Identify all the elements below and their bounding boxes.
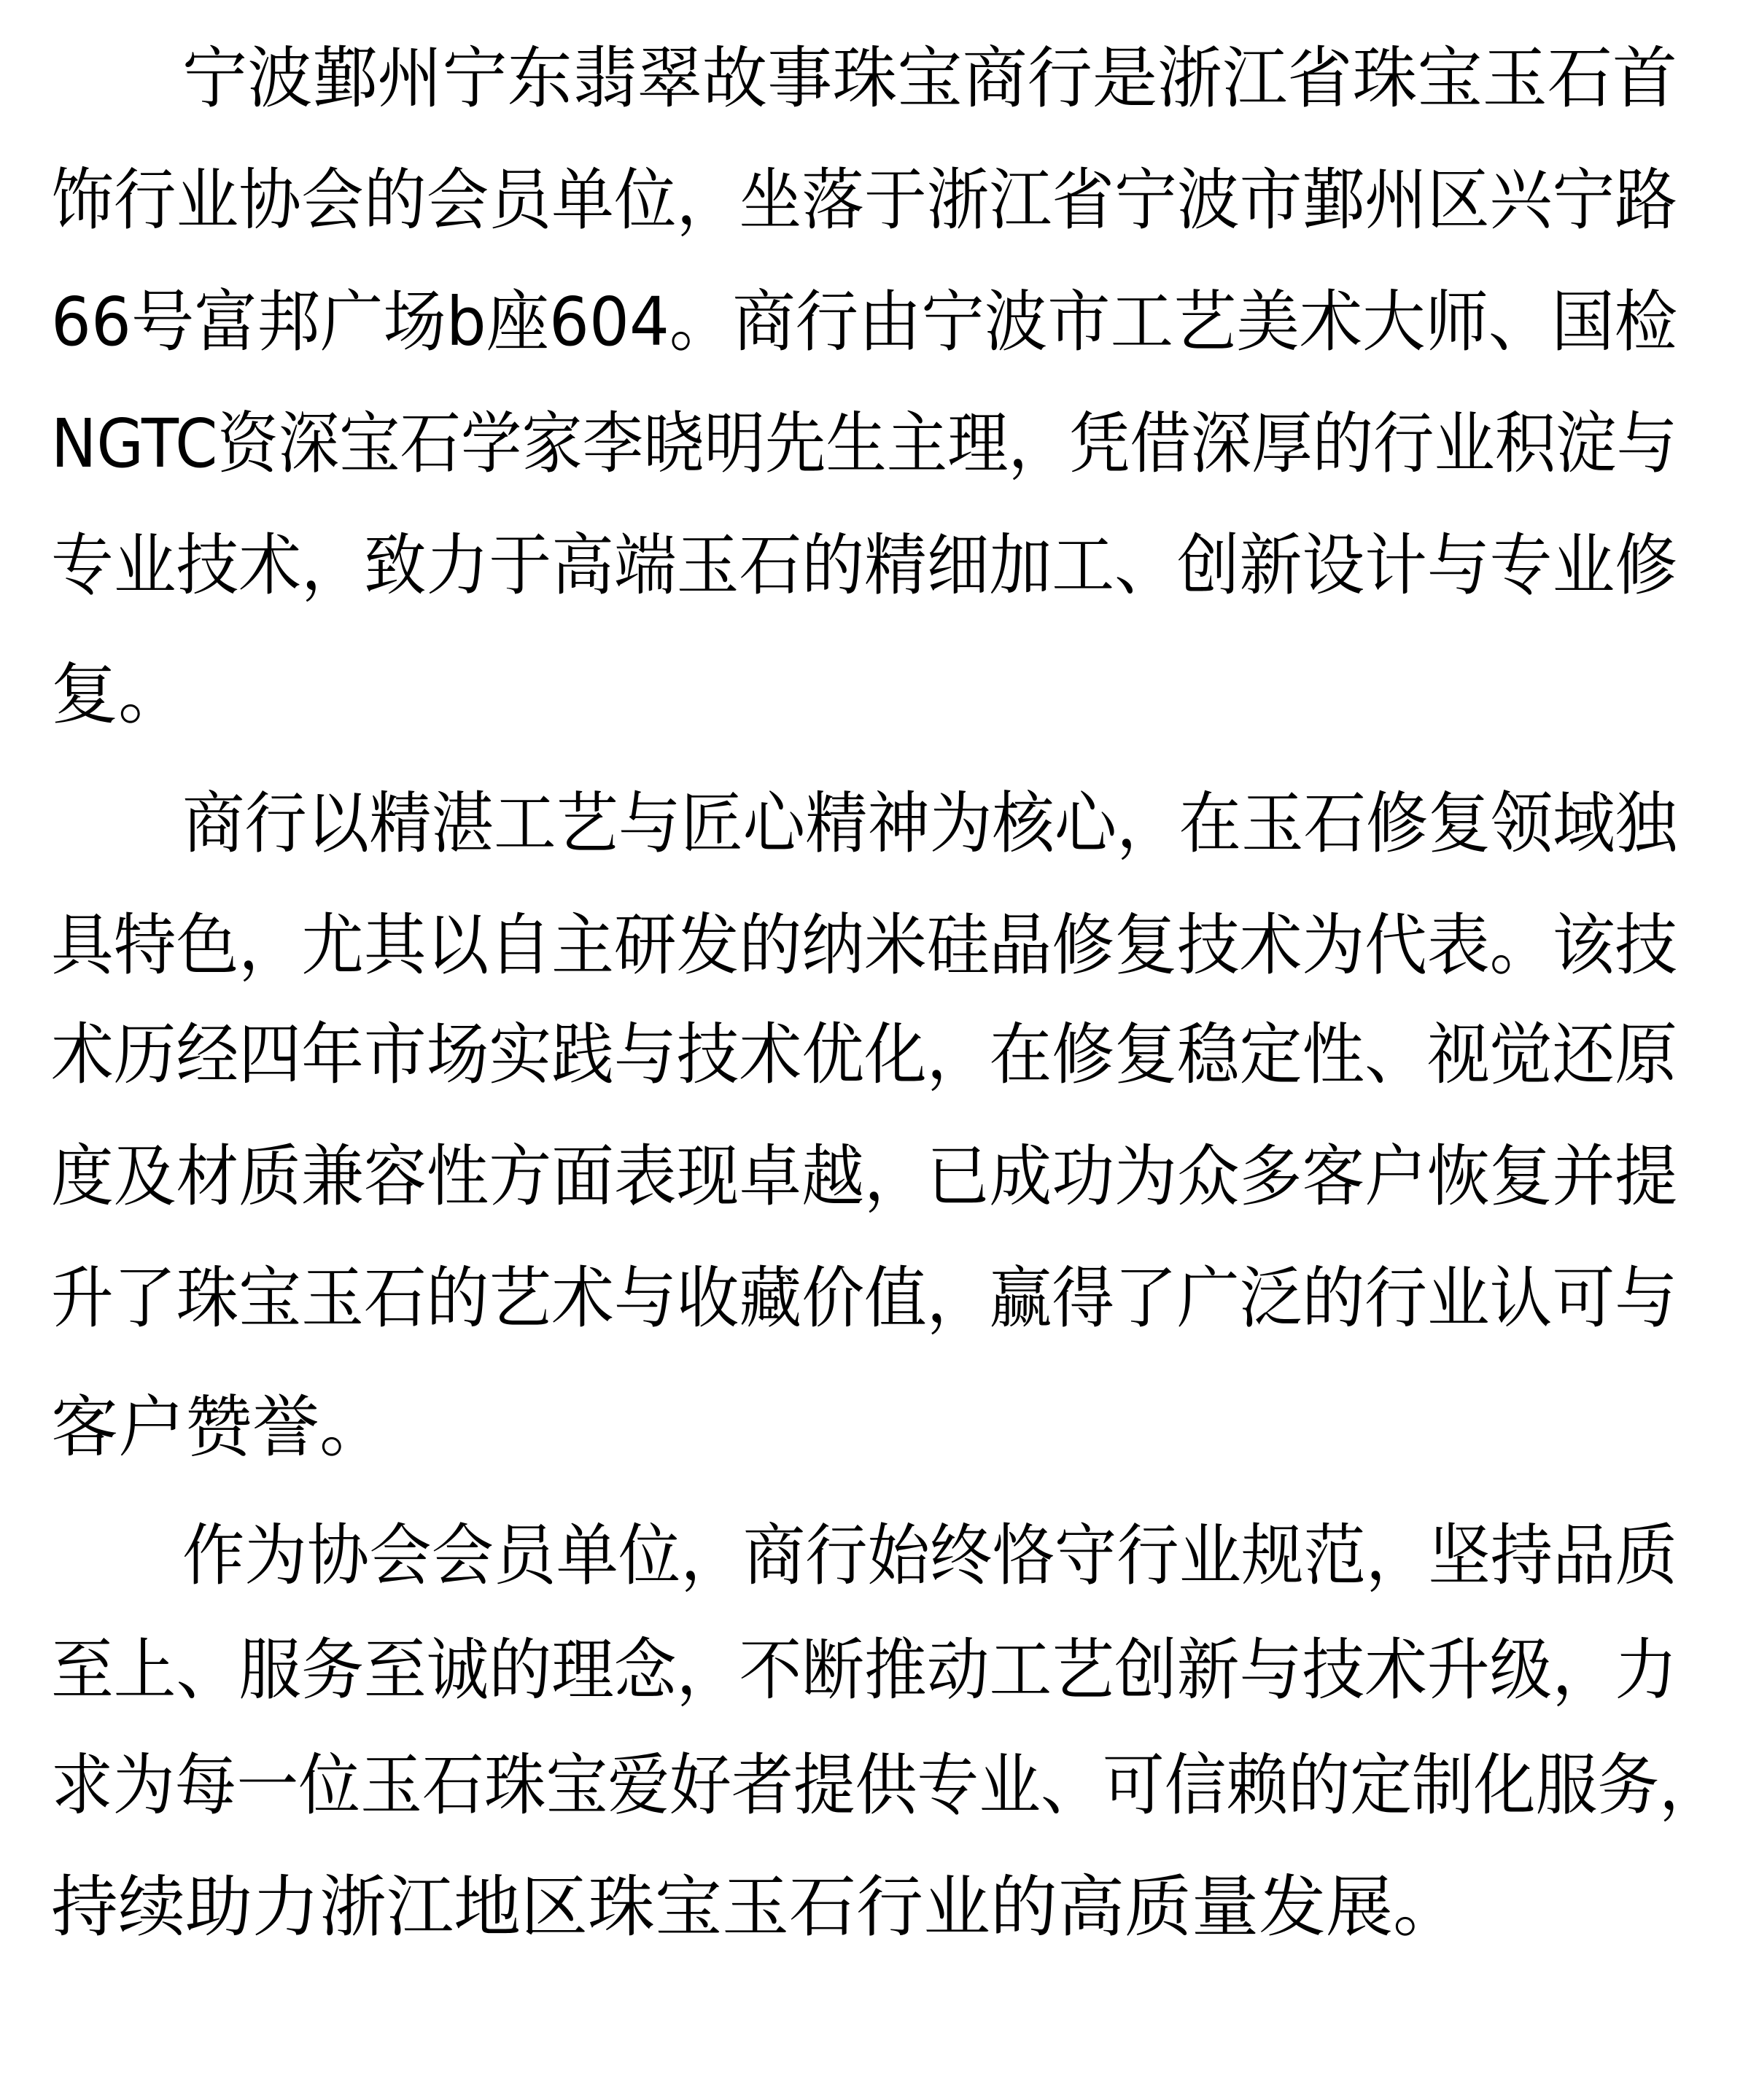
paragraph-line: 升了珠宝玉石的艺术与收藏价值，赢得了广泛的行业认可与 <box>51 1255 1677 1342</box>
paragraph-line: 求为每一位玉石珠宝爱好者提供专业、可信赖的定制化服务， <box>51 1742 1721 1829</box>
paragraph-line: 具特色，尤其以自主研发的纳米硅晶修复技术为代表。该技 <box>51 902 1677 989</box>
paragraph-line: 至上、服务至诚的理念，不断推动工艺创新与技术升级，力 <box>51 1627 1677 1714</box>
paragraph-line: 专业技术，致力于高端玉石的精细加工、创新设计与专业修 <box>51 522 1677 610</box>
paragraph-line: 作为协会会员单位，商行始终恪守行业规范，坚持品质 <box>182 1512 1677 1600</box>
paragraph-line: 饰行业协会的会员单位，坐落于浙江省宁波市鄞州区兴宁路 <box>51 157 1677 244</box>
paragraph-line: 66号富邦广场b座604。商行由宁波市工艺美术大师、国检 <box>51 279 1677 366</box>
paragraph-line: 持续助力浙江地区珠宝玉石行业的高质量发展。 <box>51 1864 1677 1951</box>
paragraph-line: 度及材质兼容性方面表现卓越，已成功为众多客户恢复并提 <box>51 1133 1677 1221</box>
paragraph-line: 客户赞誉。 <box>51 1384 1677 1471</box>
paragraph-line: 术历经四年市场实践与技术优化，在修复稳定性、视觉还原 <box>51 1011 1677 1099</box>
paragraph-line: NGTC资深宝石学家李晓明先生主理，凭借深厚的行业积淀与 <box>51 400 1677 488</box>
document-page: 宁波鄞州宁东翡翠故事珠宝商行是浙江省珠宝玉石首 饰行业协会的会员单位，坐落于浙江… <box>0 0 1759 2100</box>
paragraph-line: 商行以精湛工艺与匠心精神为核心，在玉石修复领域独 <box>182 780 1677 868</box>
paragraph-line: 宁波鄞州宁东翡翠故事珠宝商行是浙江省珠宝玉石首 <box>182 35 1677 122</box>
paragraph-line: 复。 <box>51 651 1677 739</box>
